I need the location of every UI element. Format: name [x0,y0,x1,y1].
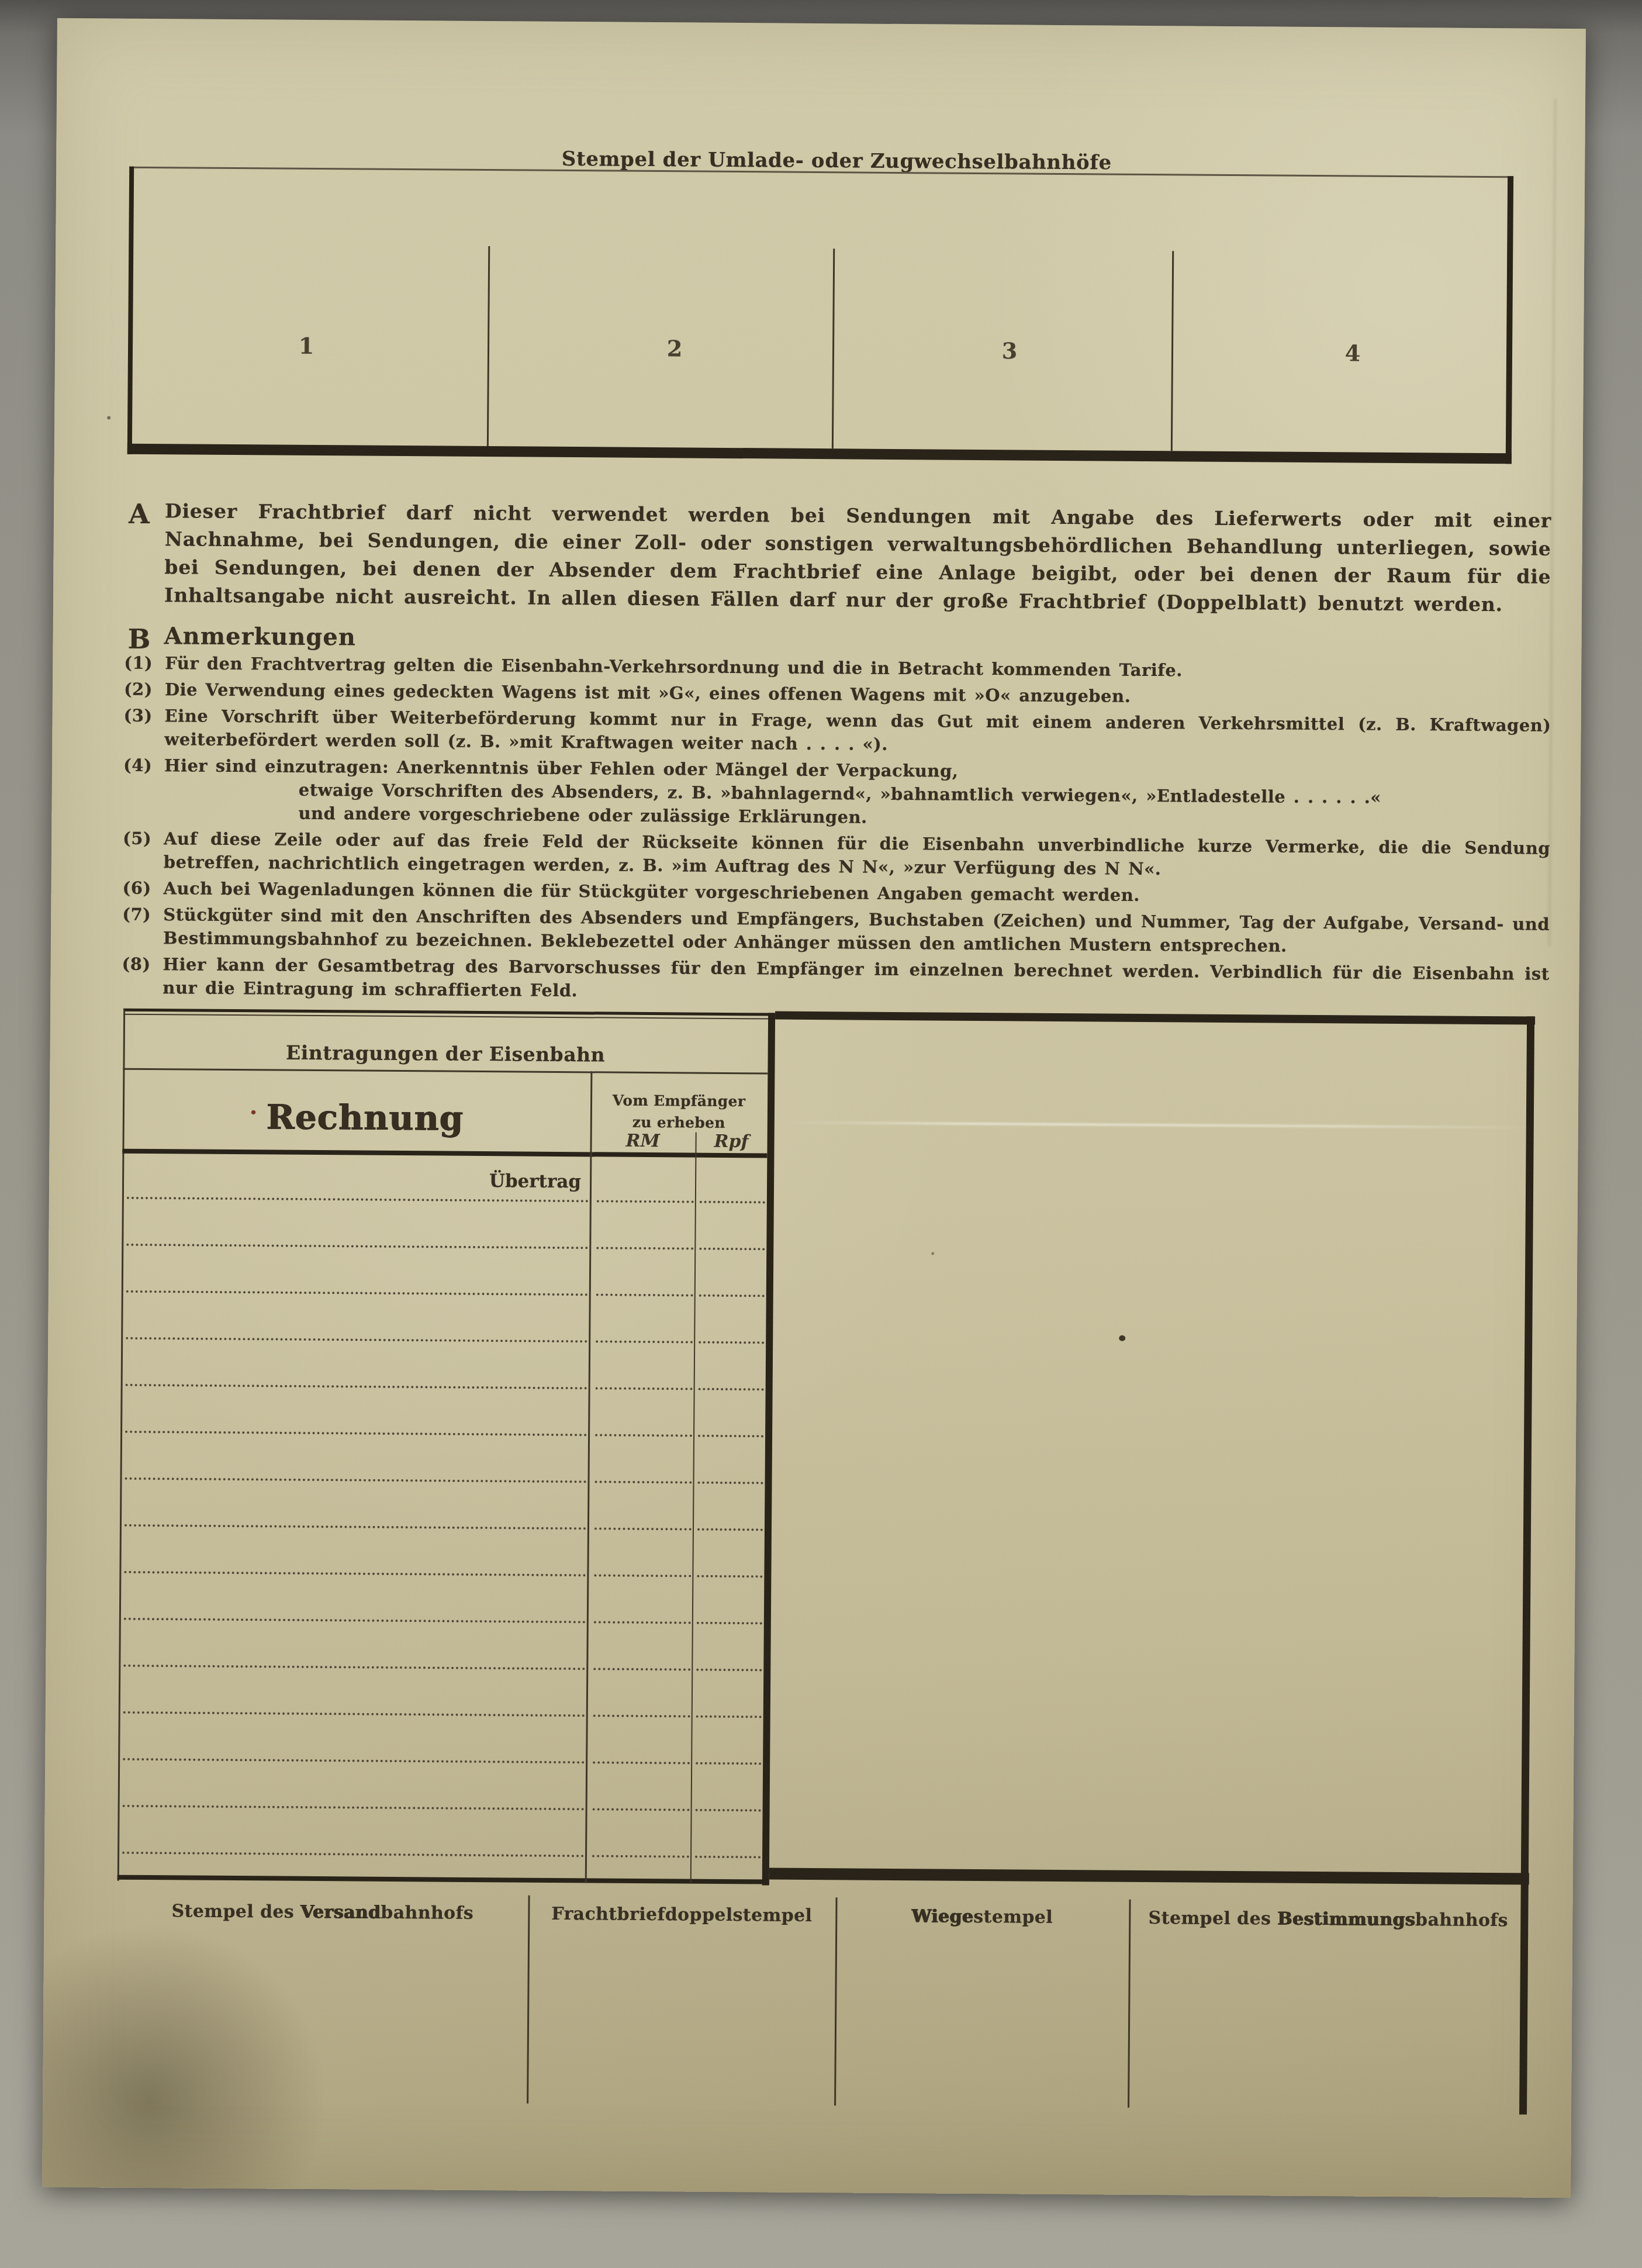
currency-column-rpf: Rpf [695,1131,767,1152]
dotted-line [597,1200,694,1203]
dotted-line [593,1808,690,1811]
rechnung-dotted-row [120,1478,765,1529]
rechnung-dotted-row [117,1805,763,1856]
dotted-line [699,1388,764,1391]
rechnung-dotted-row [120,1431,766,1482]
rechnung-dotted-row [119,1665,764,1716]
rule-line [123,1068,768,1075]
dotted-line [698,1482,763,1485]
dotted-line [699,1294,765,1297]
note-text: Die Verwendung eines gedeckten Wagens is… [165,679,1131,706]
dotted-line [593,1761,690,1764]
section-a-text: Dieser Frachtbrief darf nicht verwendet … [164,497,1551,619]
note-item: (3) Eine Vorschrift über Weiterbeförderu… [123,704,1551,761]
paper-speck [107,416,110,420]
rechnung-dotted-rows [117,1197,767,1903]
rechnung-label: ·Rechnung [140,1096,573,1139]
dotted-line [593,1668,690,1670]
ink-dot: · [249,1099,258,1126]
rule-line [1171,251,1174,451]
free-field-right-border [1519,1017,1534,2115]
rule-line [832,248,835,448]
rule-line [127,167,134,454]
note-number: (4) [123,754,152,777]
note-text: Eine Vorschrift über Weiterbeförderung k… [164,706,1551,754]
note-number: (2) [124,678,153,701]
dotted-line [699,1248,765,1251]
scan-background: Stempel der Umlade- oder Zugwechselbahnh… [0,0,1642,2268]
dotted-line [699,1341,764,1344]
dotted-line [127,1197,589,1203]
fold-crease [783,1121,1532,1129]
rechnung-dotted-row [119,1524,765,1576]
rechnung-dotted-row [121,1290,766,1342]
rechnung-dotted-row [119,1571,765,1623]
paper-speck [1119,1335,1125,1341]
carry-forward-label: Übertrag [365,1170,581,1193]
section-b-title: Anmerkungen [164,622,595,653]
table-header: Eintragungen der Eisenbahn [123,1040,768,1068]
rule-line [487,246,490,446]
dotted-line [594,1574,691,1577]
rechnung-dotted-row [118,1711,763,1763]
note-text: Auf diese Zeile oder auf das freie Feld … [164,829,1550,879]
dotted-line [696,1809,761,1812]
free-field-bottom-border [769,1867,1529,1884]
dotted-line [594,1527,692,1530]
dotted-line [595,1480,692,1483]
rechnung-dotted-row [120,1384,766,1435]
transfer-stamp-box: 1 2 3 4 [127,167,1513,464]
dotted-line [596,1340,693,1343]
dotted-line [698,1435,763,1438]
dotted-line [695,1856,760,1859]
dotted-line [592,1855,689,1858]
dotted-line [696,1715,762,1718]
dotted-line [594,1621,691,1624]
note-text: Hier sind einzutragen: Anerkenntnis über… [164,755,959,781]
section-a: A Dieser Frachtbrief darf nicht verwende… [128,497,1553,619]
dotted-line [696,1762,761,1765]
note-text: Hier kann der Gesamtbetrag des Barvorsch… [163,954,1549,1000]
stamp-cell-number: 1 [280,333,333,360]
rechnung-dotted-row [118,1758,763,1810]
rechnung-dotted-row [122,1244,767,1295]
note-item: (7) Stückgüter sind mit den Anschriften … [122,903,1550,959]
note-number: (7) [122,903,151,926]
stamp-cell-number: 3 [983,337,1036,364]
section-b-letter: B [127,623,150,655]
dotted-line [700,1201,765,1204]
rechnung-dotted-row [119,1618,764,1669]
railway-entries-table: Eintragungen der Eisenbahn ·Rechnung Vom… [117,1009,775,1886]
section-a-letter: A [129,498,150,530]
stamp-label-bestimmungsbahnhof: Stempel des Bestimmungsbahnhofs [1129,1901,1527,1942]
paper-speck [931,1252,934,1255]
note-text: Für den Frachtvertrag gelten die Eisenba… [165,653,1183,680]
stamp-label-versandbahnhof: Stempel des Versandbahnhofs [117,1894,528,1935]
rule-line [1506,176,1513,464]
dotted-line [596,1293,693,1296]
free-field-top-border [775,1012,1535,1025]
collect-from-receiver-label: Vom Empfänger zu erheben [590,1089,768,1134]
note-item: (4) Hier sind einzutragen: Anerkenntnis … [123,754,1551,834]
rechnung-dotted-row [121,1337,766,1389]
freight-form-page: Stempel der Umlade- oder Zugwechselbahnh… [42,18,1586,2198]
note-number: (8) [122,952,151,976]
rechnung-dotted-row [122,1197,767,1248]
stamp-cell-number: 4 [1326,340,1379,367]
dotted-line [596,1247,693,1249]
note-number: (3) [124,704,153,727]
rule-line [127,444,1512,464]
note-item: (5) Auf diese Zeile oder auf das freie F… [123,827,1550,883]
note-item: (8) Hier kann der Gesamtbetrag des Barvo… [122,952,1549,1009]
note-number: (5) [123,827,151,850]
dotted-line [596,1387,693,1390]
stamp-cell-number: 2 [648,335,701,362]
notes-list: (1) Für den Frachtvertrag gelten die Eis… [122,651,1551,1012]
dotted-line [697,1622,762,1625]
note-text: Stückgüter sind mit den Anschriften des … [163,905,1550,955]
note-number: (1) [124,651,153,675]
currency-column-rm: RM [590,1130,695,1151]
dotted-line [697,1528,763,1531]
dotted-line [697,1575,762,1578]
dotted-line [696,1669,762,1672]
stamp-label-wiegestempel: Wiegestempel [835,1899,1129,1939]
stamp-label-frachtbriefdoppel: Frachtbriefdoppelstempel [528,1897,835,1937]
dotted-line [595,1434,692,1437]
section-b-heading: B Anmerkungen [127,622,595,653]
note-text: Auch bei Wagenladungen können die für St… [163,878,1140,905]
note-number: (6) [122,876,151,900]
dotted-line [593,1714,690,1717]
